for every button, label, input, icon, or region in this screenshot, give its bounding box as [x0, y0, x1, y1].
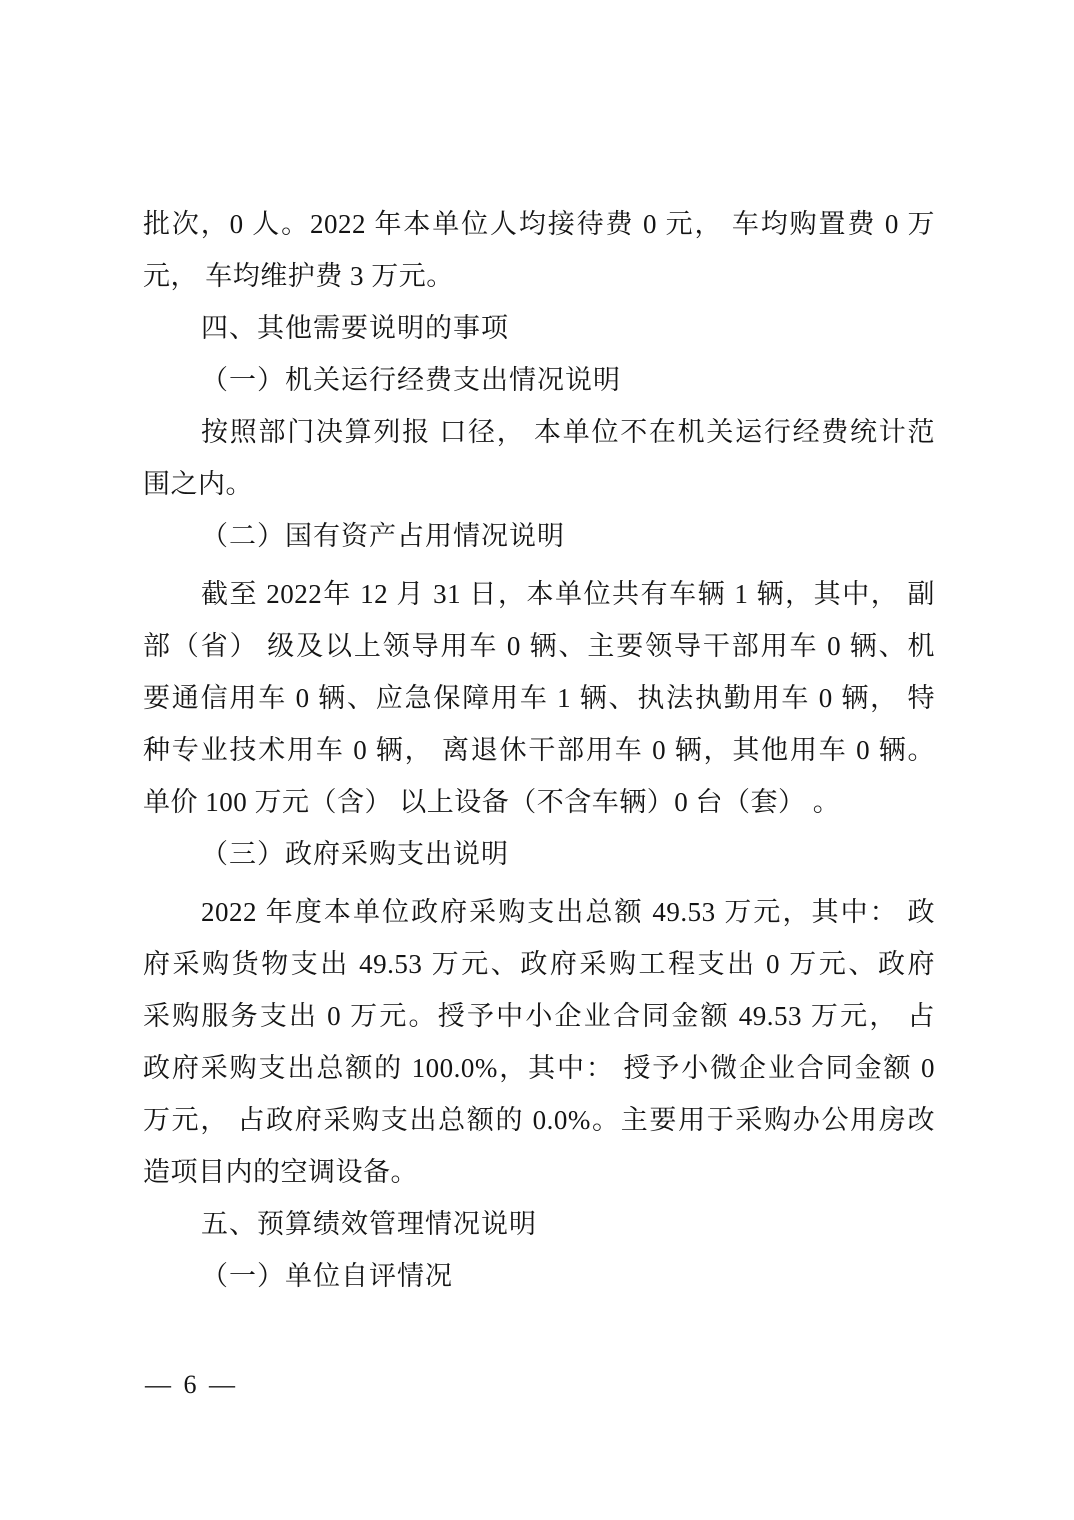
text-line: 2022 年度本单位政府采购支出总额 49.53 万元，其中： 政 [143, 886, 935, 938]
text-line: 政府采购支出总额的 100.0%，其中： 授予小微企业合同金额 0 [143, 1042, 935, 1094]
page-footer: — 6 — [145, 1372, 238, 1398]
text-line: 按照部门决算列报 口径， 本单位不在机关运行经费统计范 [143, 406, 935, 458]
section-heading-4: 四、其他需要说明的事项 [143, 302, 935, 354]
subsection-heading: （三）政府采购支出说明 [143, 828, 935, 880]
subsection-heading: （一）单位自评情况 [143, 1250, 935, 1302]
text-line: 府采购货物支出 49.53 万元、政府采购工程支出 0 万元、政府 [143, 938, 935, 990]
document-page: 批次，0 人。2022 年本单位人均接待费 0 元， 车均购置费 0 万 元， … [0, 0, 1074, 1520]
text-line: 采购服务支出 0 万元。授予中小企业合同金额 49.53 万元， 占 [143, 990, 935, 1042]
text-line: 元， 车均维护费 3 万元。 [143, 250, 935, 302]
page-number: — 6 — [145, 1370, 238, 1399]
text-line: 万元， 占政府采购支出总额的 0.0%。主要用于采购办公用房改 [143, 1094, 935, 1146]
text-line: 要通信用车 0 辆、应急保障用车 1 辆、执法执勤用车 0 辆， 特 [143, 672, 935, 724]
text-line: 单价 100 万元（含） 以上设备（不含车辆）0 台（套） 。 [143, 776, 935, 828]
subsection-heading: （一）机关运行经费支出情况说明 [143, 354, 935, 406]
text-line: 部（省） 级及以上领导用车 0 辆、主要领导干部用车 0 辆、机 [143, 620, 935, 672]
text-line: 围之内。 [143, 458, 935, 510]
subsection-heading: （二）国有资产占用情况说明 [143, 510, 935, 562]
text-line: 批次，0 人。2022 年本单位人均接待费 0 元， 车均购置费 0 万 [143, 198, 935, 250]
text-line: 造项目内的空调设备。 [143, 1146, 935, 1198]
text-line: 截至 2022年 12 月 31 日，本单位共有车辆 1 辆，其中， 副 [143, 568, 935, 620]
document-body: 批次，0 人。2022 年本单位人均接待费 0 元， 车均购置费 0 万 元， … [143, 198, 935, 1302]
section-heading-5: 五、预算绩效管理情况说明 [143, 1198, 935, 1250]
text-line: 种专业技术用车 0 辆， 离退休干部用车 0 辆，其他用车 0 辆。 [143, 724, 935, 776]
